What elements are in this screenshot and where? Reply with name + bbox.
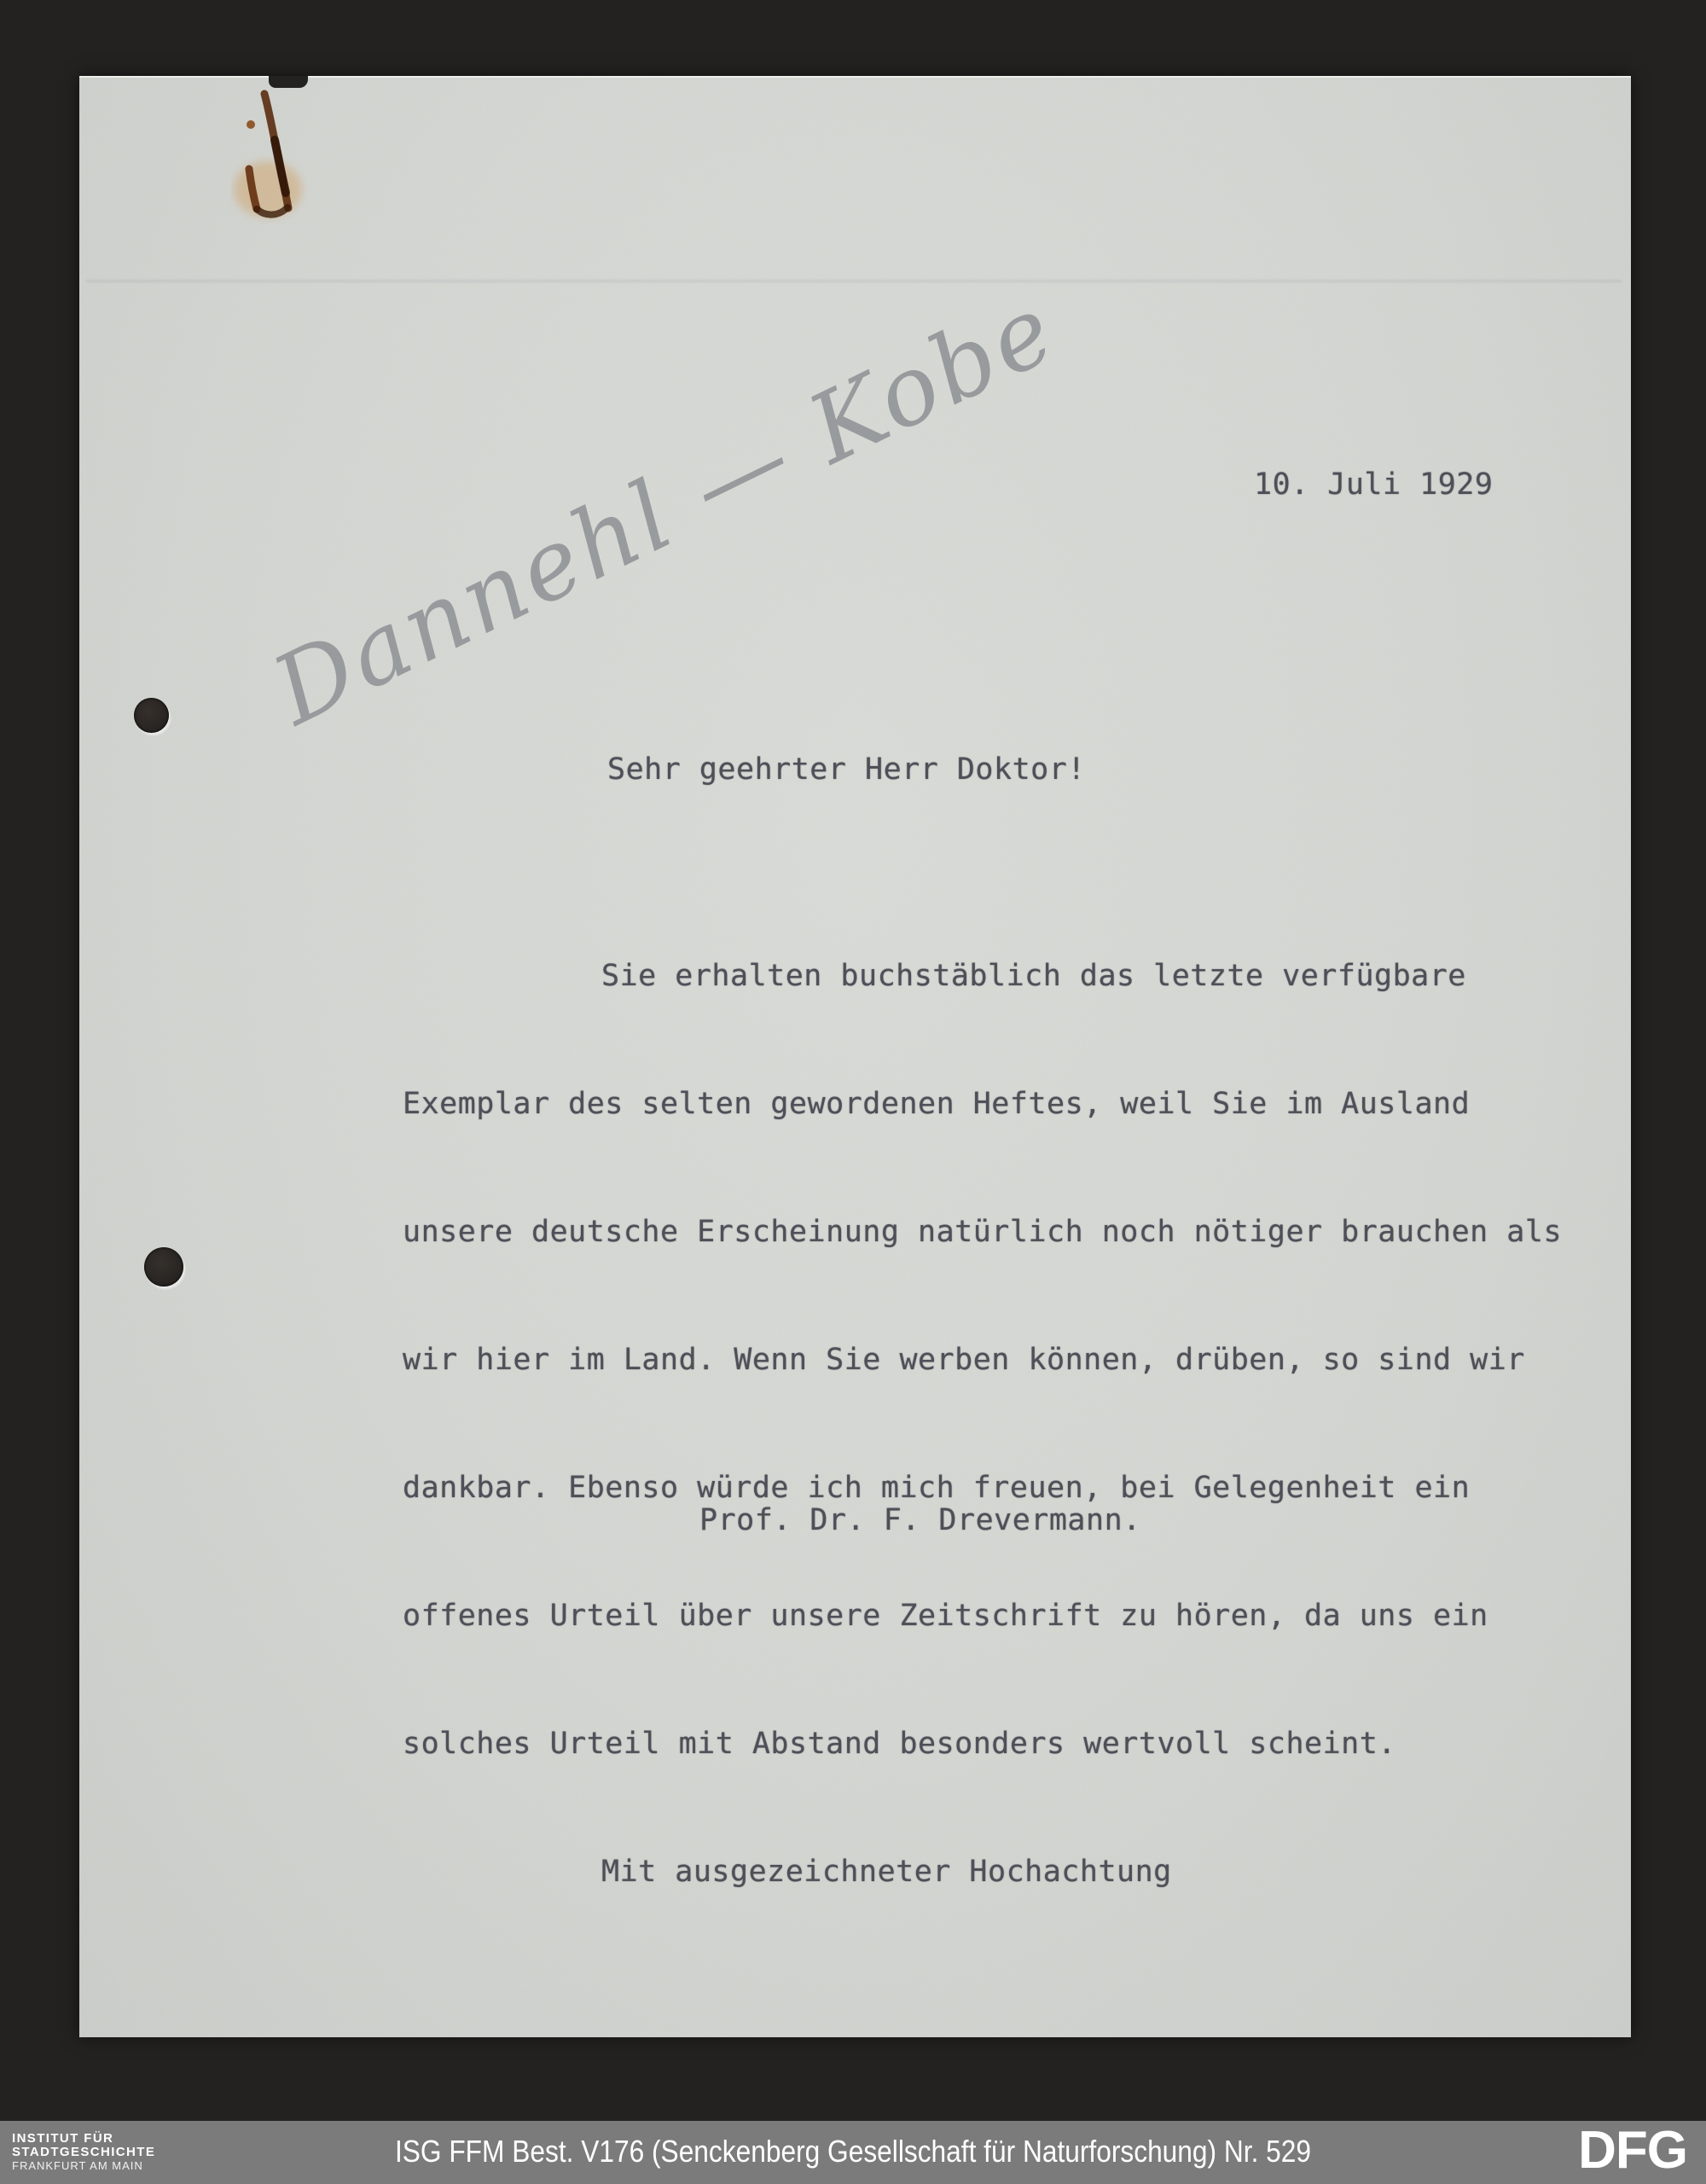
institute-name-line2: STADTGESCHICHTE (12, 2146, 155, 2159)
letter-body: Sie erhalten buchstäblich das letzte ver… (403, 878, 1562, 1970)
letter-salutation: Sehr geehrter Herr Doktor! (607, 752, 1086, 787)
letter-date: 10. Juli 1929 (1254, 468, 1493, 502)
paper-edge-notch (269, 76, 308, 88)
punch-hole-top (134, 698, 169, 733)
rust-stain (230, 87, 333, 232)
fold-crease (86, 280, 1622, 282)
dfg-logo: DFG (1578, 2123, 1687, 2179)
institute-name-line1: INSTITUT FÜR (12, 2132, 155, 2146)
footer-bar: INSTITUT FÜR STADTGESCHICHTE FRANKFURT A… (0, 2121, 1706, 2184)
body-line: unsere deutsche Erscheinung natürlich no… (403, 1202, 1562, 1262)
body-line: Sie erhalten buchstäblich das letzte ver… (403, 946, 1562, 1006)
scan-background: Dannehl — Kobe 10. Juli 1929 Sehr geehrt… (0, 0, 1706, 2184)
body-line: offenes Urteil über unsere Zeitschrift z… (403, 1586, 1562, 1646)
body-line: wir hier im Land. Wenn Sie werben können… (403, 1330, 1562, 1390)
archive-reference: ISG FFM Best. V176 (Senckenberg Gesellsc… (395, 2135, 1311, 2169)
signature-line: Prof. Dr. F. Drevermann. (699, 1503, 1141, 1537)
body-line: solches Urteil mit Abstand besonders wer… (403, 1714, 1562, 1774)
handwritten-annotation: Dannehl — Kobe (258, 273, 1073, 746)
body-line: Exemplar des selten gewordenen Heftes, w… (403, 1074, 1562, 1134)
letter-paper: Dannehl — Kobe 10. Juli 1929 Sehr geehrt… (79, 76, 1631, 2037)
institute-name-line3: FRANKFURT AM MAIN (12, 2159, 155, 2173)
institute-logo: INSTITUT FÜR STADTGESCHICHTE FRANKFURT A… (12, 2132, 155, 2173)
closing-line: Mit ausgezeichneter Hochachtung (403, 1842, 1562, 1902)
punch-hole-bottom (144, 1247, 183, 1287)
